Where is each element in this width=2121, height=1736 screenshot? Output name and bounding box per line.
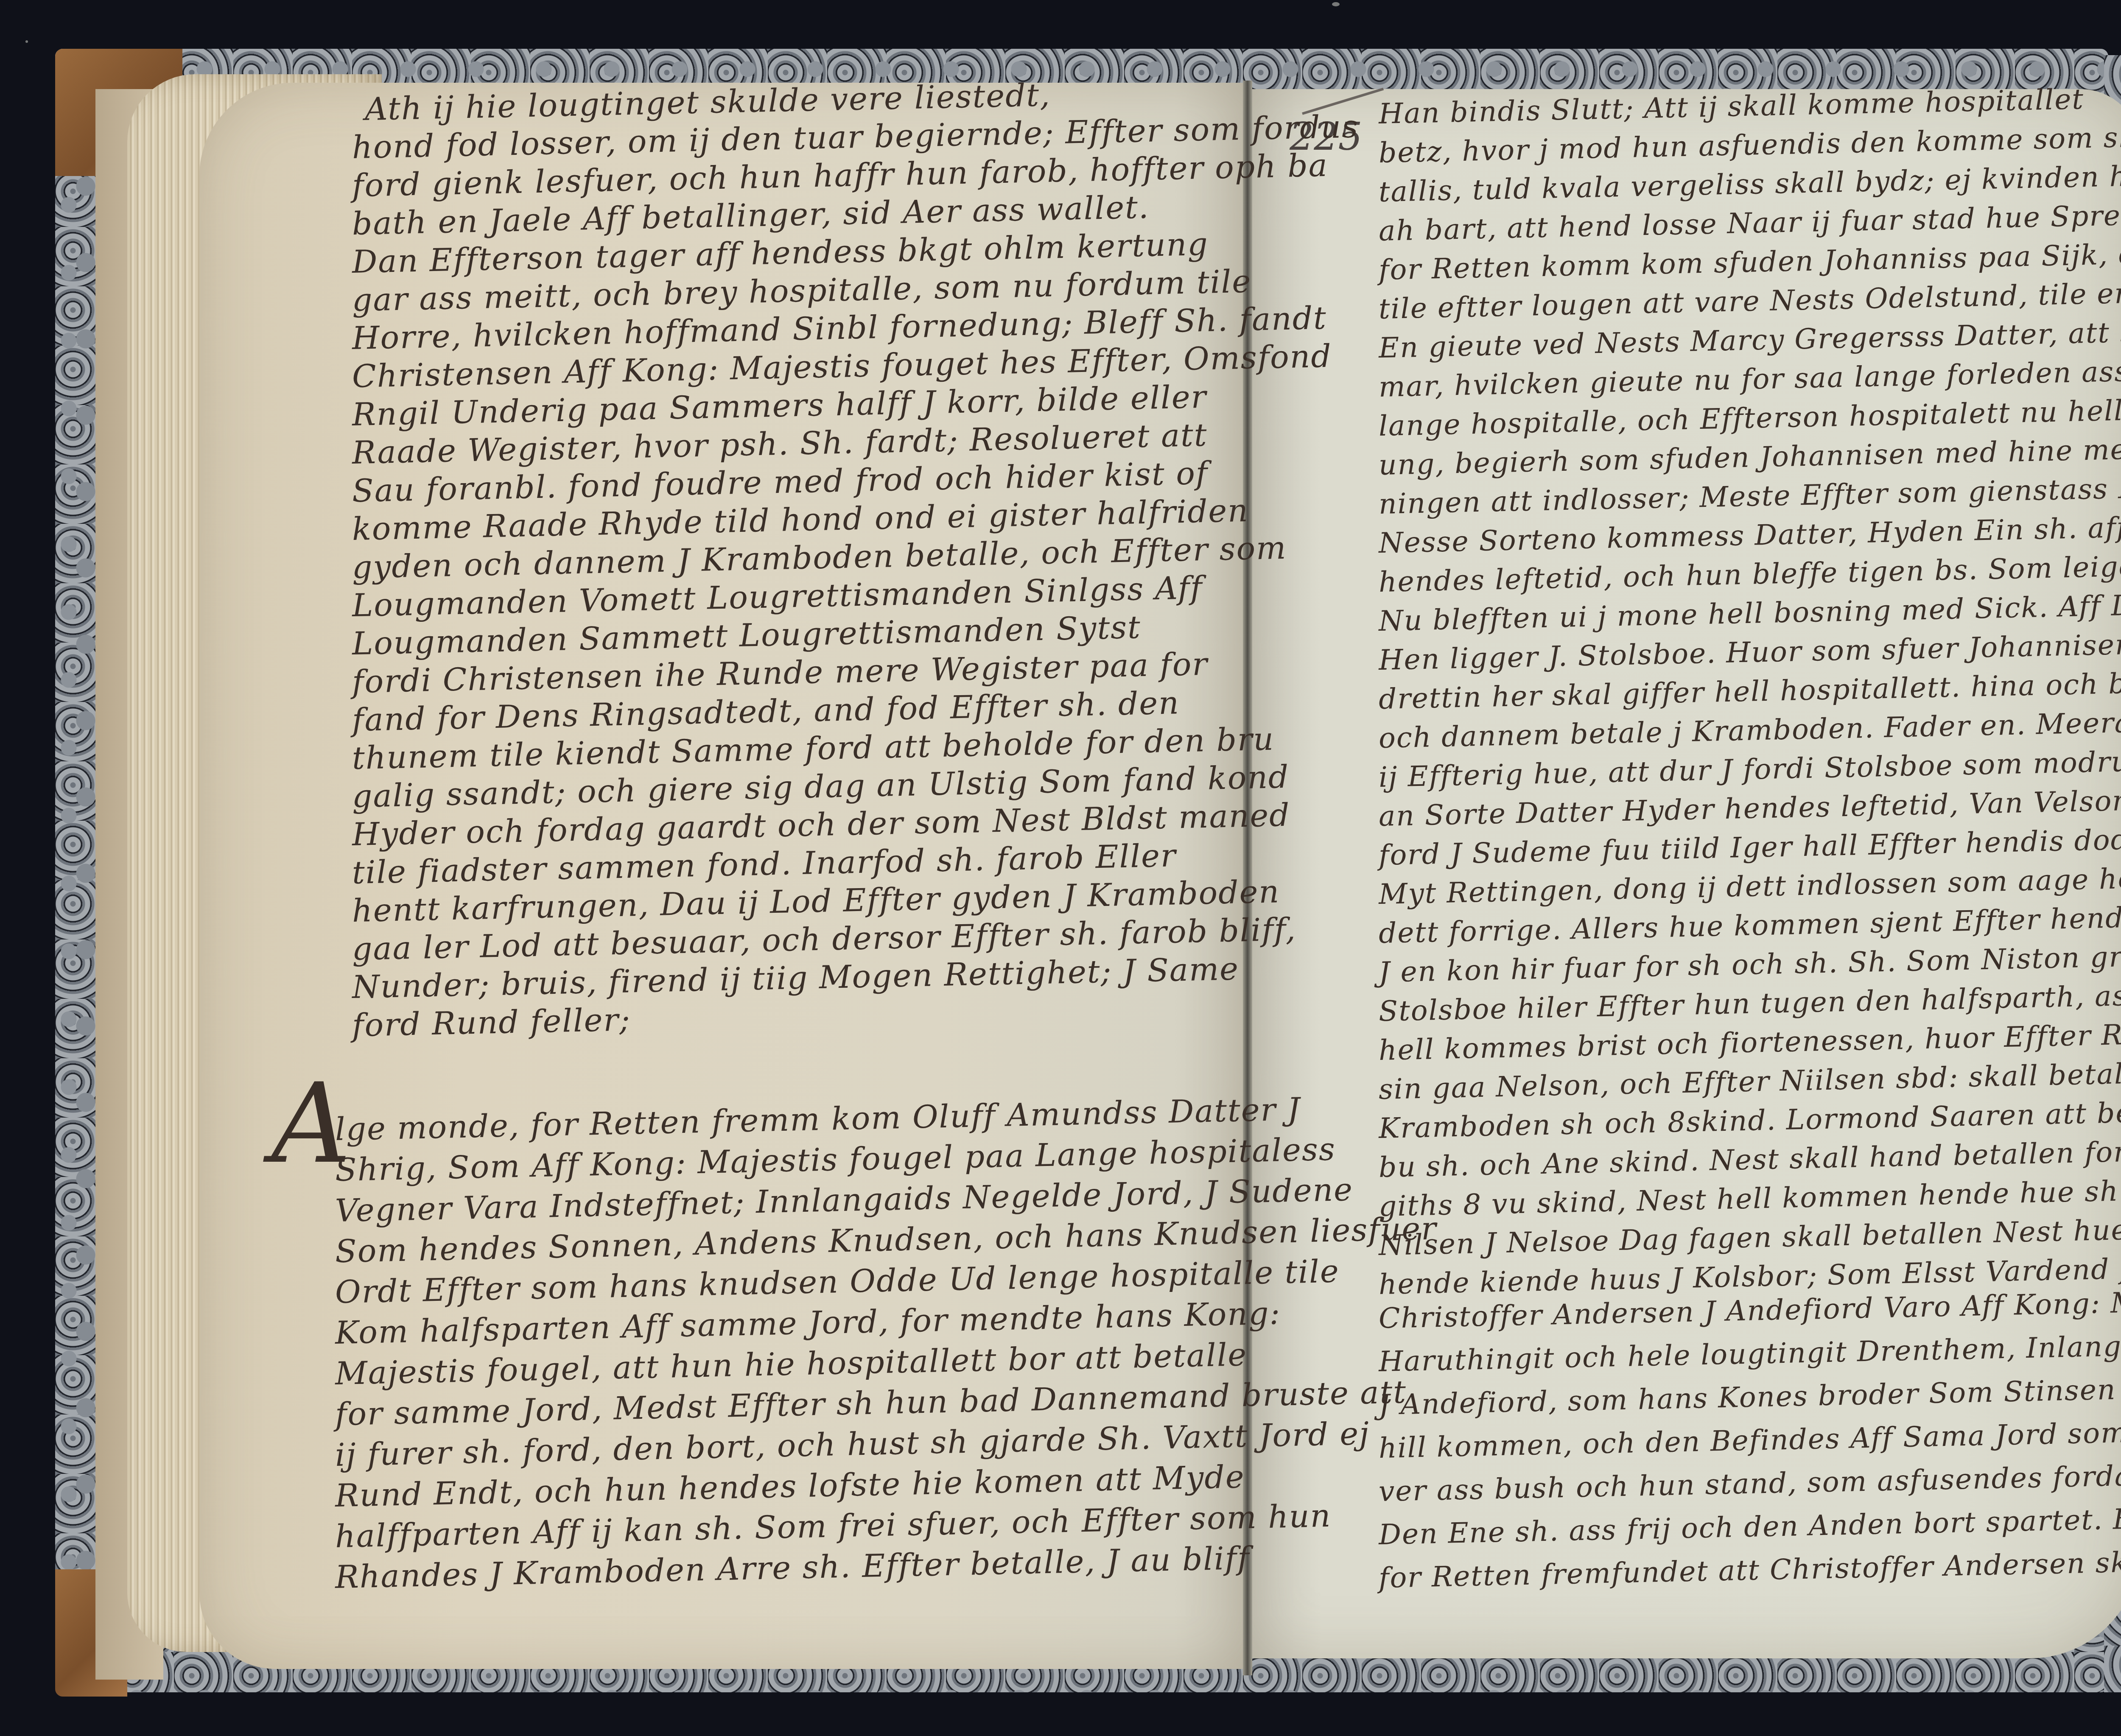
dust-speck [25,40,28,43]
dust-speck [1332,2,1340,6]
handwritten-line: ford Rund feller; [352,1001,631,1044]
